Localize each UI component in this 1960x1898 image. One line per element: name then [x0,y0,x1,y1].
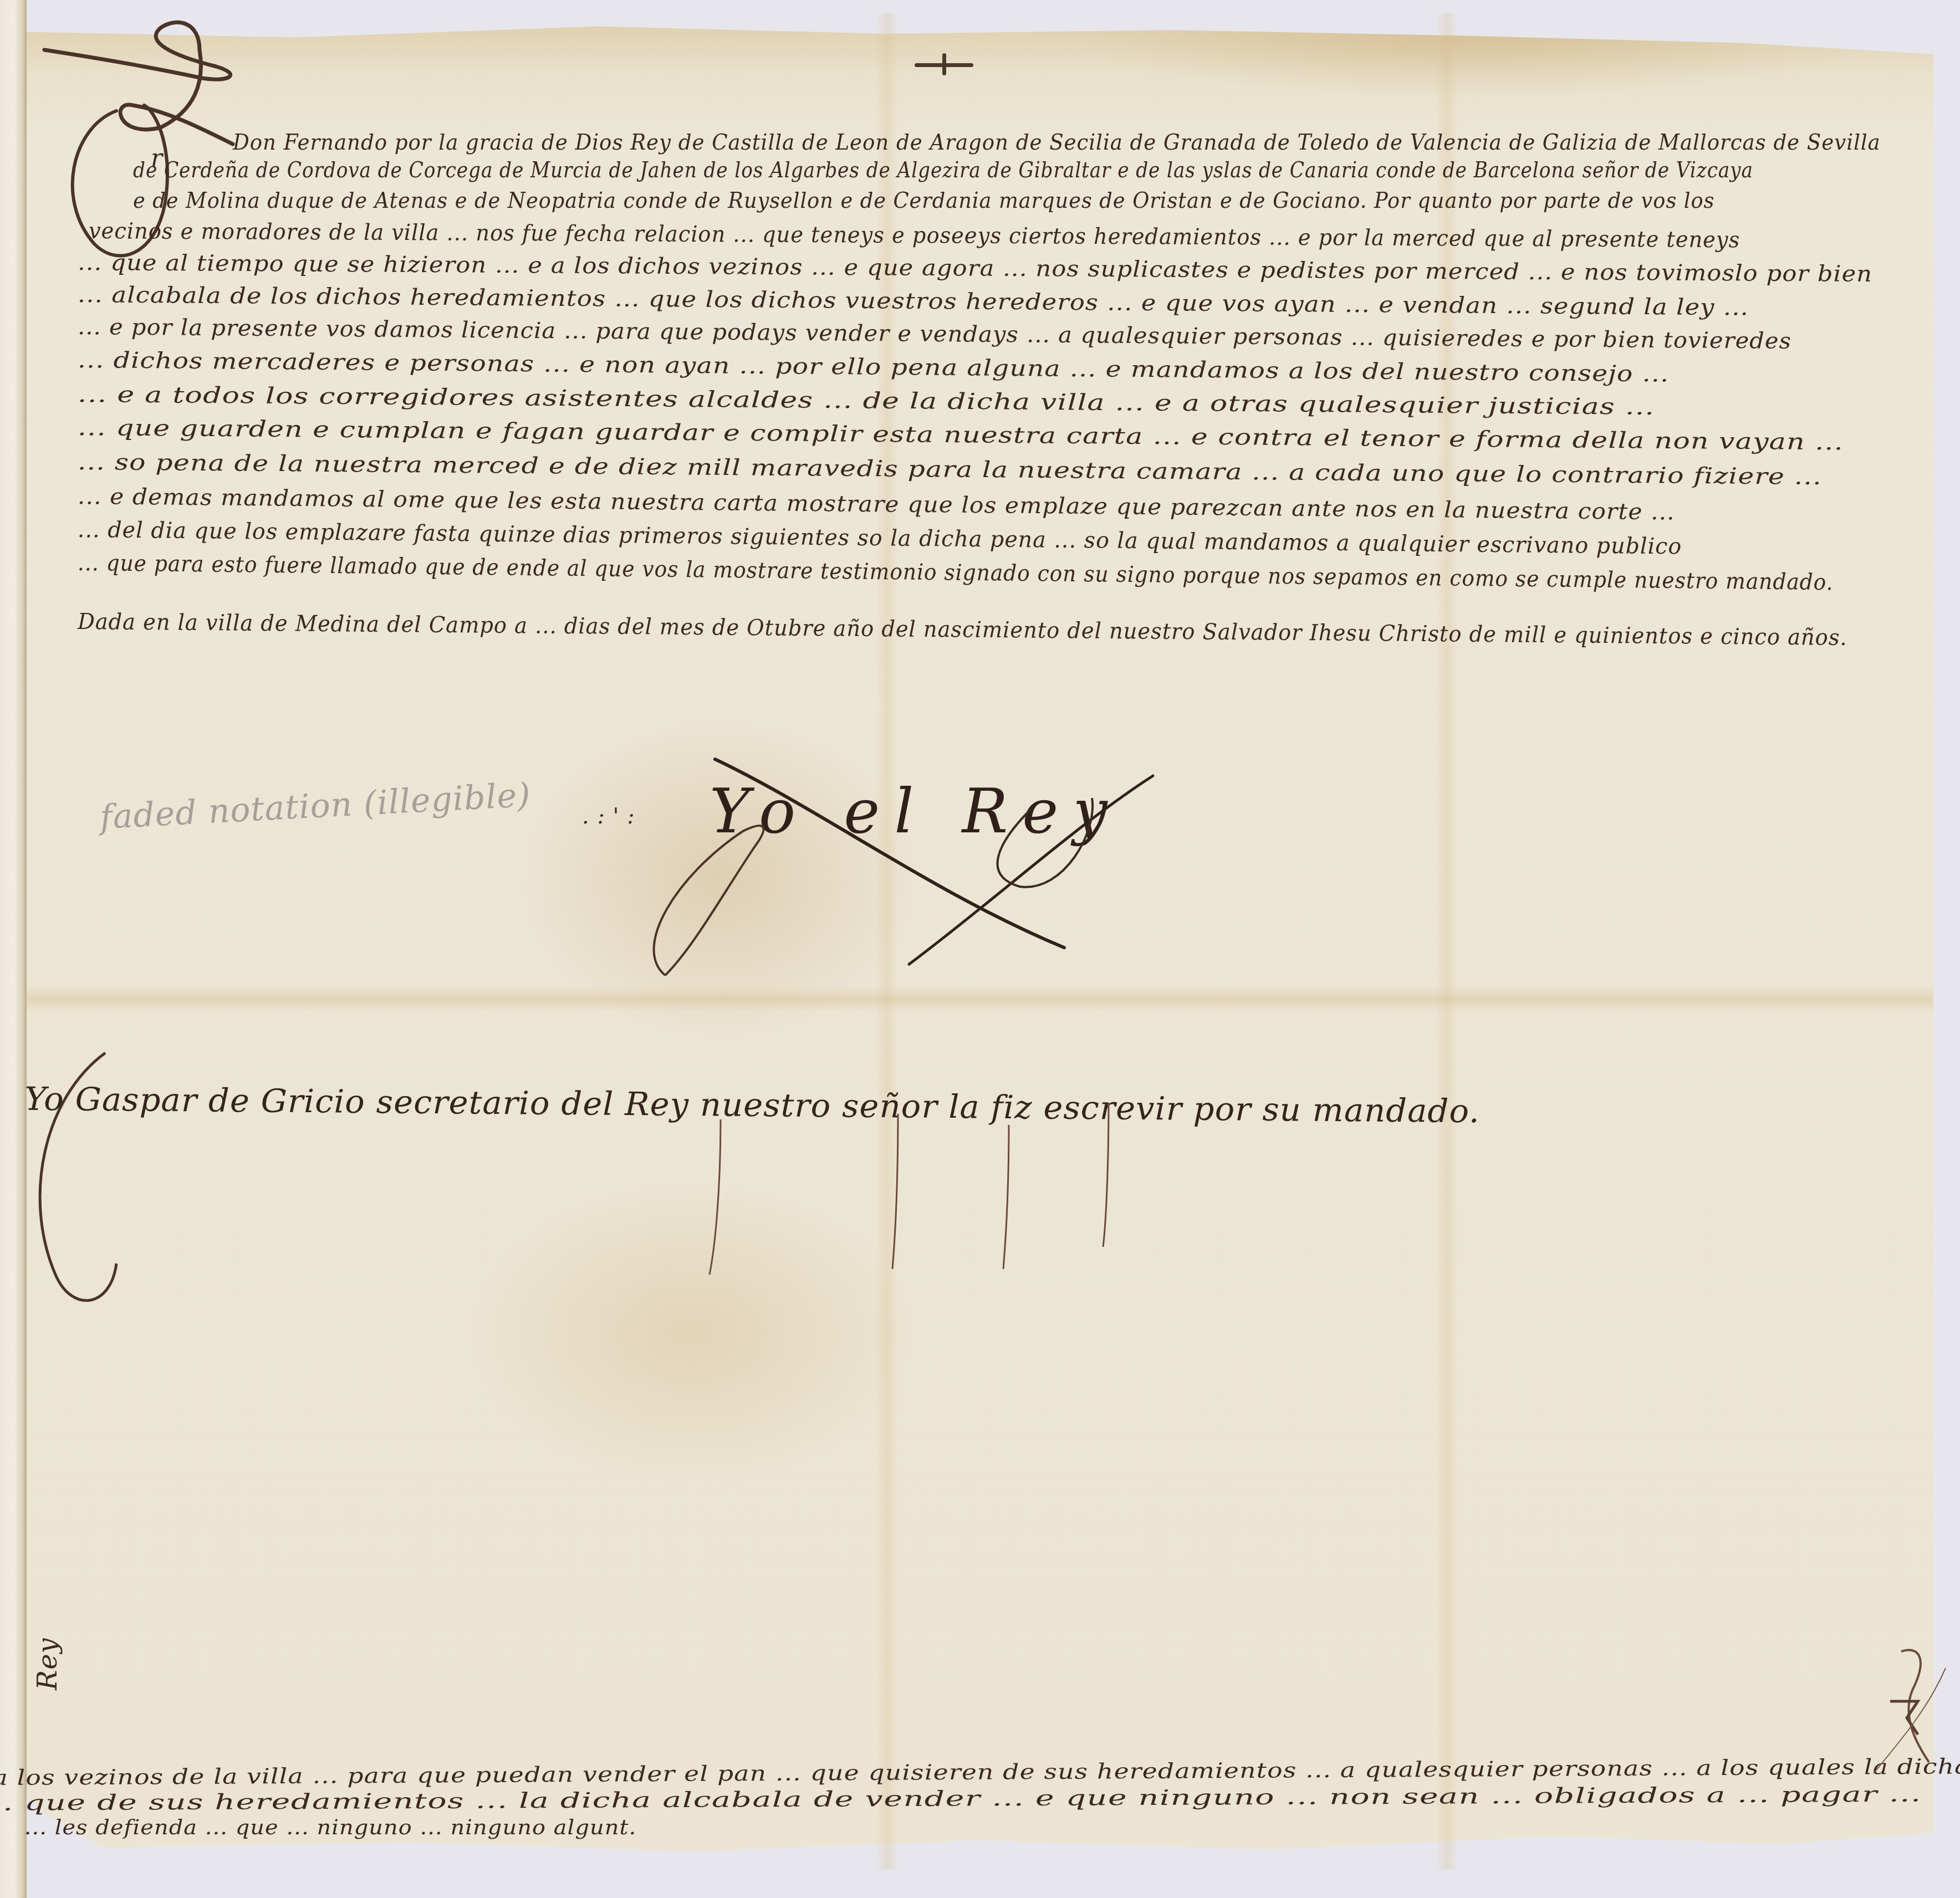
invocation-cross-icon: + [915,53,976,75]
secretary-rubric-descender-icon [721,1103,1497,1280]
bottom-margin-note-rey: Rey [32,1638,63,1690]
book-binding-gutter [0,0,27,1898]
body-line: de Cerdeña de Cordova de Corcega de Murc… [133,158,1753,182]
royal-signature-flourish-icon [599,765,1319,997]
ink-dots: . : ' : [582,804,635,829]
body-line: Don Fernando por la gracia de Dios Rey d… [233,130,1779,155]
registration-rubric-icon [1868,1646,1957,1779]
body-line: e de Molina duque de Atenas e de Neopatr… [133,188,1714,213]
vertical-fold-line [1436,13,1458,1870]
secretary-initial-flourish-icon [22,1031,188,1330]
summary-line: ... les defienda ... que ... ninguno ...… [24,1815,637,1839]
